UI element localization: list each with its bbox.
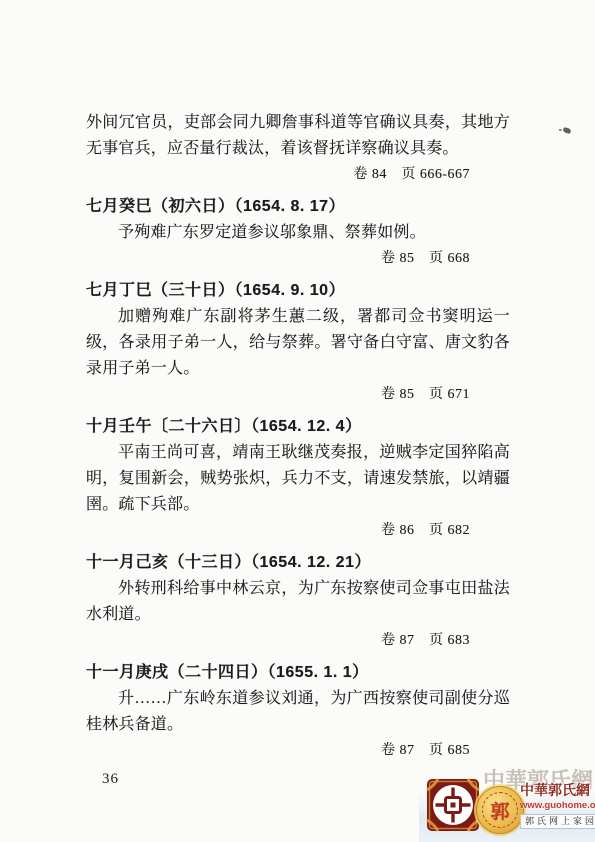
entry-date-heading: 十一月己亥（十三日）（1654. 12. 21） (86, 550, 510, 576)
volume-page-ref: 卷 87 页 685 (86, 738, 510, 764)
site-tagline: 郭氏网上家园 (520, 814, 595, 829)
entry-body: 升……广东岭东道参议刘通，为广西按察使司副使分巡桂林兵备道。 (86, 686, 510, 738)
entry-date-heading: 七月癸巳（初六日）（1654. 8. 17） (86, 194, 510, 220)
entry: 十一月庚戌（二十四日）（1655. 1. 1） 升……广东岭东道参议刘通，为广西… (86, 660, 510, 764)
seal-character: 郭 (490, 797, 509, 824)
scanned-book-page: 外间冗官员，吏部会同九卿詹事科道等官确议具奏，其地方无事官兵，应否量行裁汰，着该… (0, 0, 595, 842)
gold-coin-inner-ring: 郭 (482, 792, 518, 828)
volume-page-ref: 卷 85 页 668 (86, 246, 510, 272)
entry-date-heading: 十月壬午〔二十六日〕（1654. 12. 4） (86, 414, 510, 440)
site-brand-name: 中華郭氏網 (520, 782, 594, 798)
volume-page-ref: 卷 86 页 682 (86, 518, 510, 544)
entry-date-heading: 十一月庚戌（二十四日）（1655. 1. 1） (86, 660, 510, 686)
volume-page-ref: 卷 84 页 666-667 (86, 162, 510, 188)
gold-coin-seal-icon: 郭 (476, 786, 524, 834)
entry-date-heading: 七月丁巳（三十日）（1654. 9. 10） (86, 278, 510, 304)
page-body: 外间冗官员，吏部会同九卿詹事科道等官确议具奏，其地方无事官兵，应否量行裁汰，着该… (86, 110, 510, 790)
entry: 十一月己亥（十三日）（1654. 12. 21） 外转刑科给事中林云京，为广东按… (86, 550, 510, 654)
entry-body: 加赠殉难广东副将茅生蕙二级，署都司佥书窦明运一级，各录用子弟一人，给与祭葬。署守… (86, 304, 510, 382)
site-url: www.guohome.org (520, 800, 594, 811)
entry: 七月丁巳（三十日）（1654. 9. 10） 加赠殉难广东副将茅生蕙二级，署都司… (86, 278, 510, 408)
entry-body: 外转刑科给事中林云京，为广东按察使司佥事屯田盐法水利道。 (86, 576, 510, 628)
guohome-watermark: 中華郭氏網 郭 中華郭氏網 www.guohome.org 郭氏网上家园 (419, 770, 595, 842)
entry-body: 外间冗官员，吏部会同九卿詹事科道等官确议具奏，其地方无事官兵，应否量行裁汰，着该… (86, 110, 510, 162)
clan-knot-seal-icon (426, 778, 480, 832)
volume-page-ref: 卷 85 页 671 (86, 382, 510, 408)
entry: 十月壬午〔二十六日〕（1654. 12. 4） 平南王尚可喜，靖南王耿继茂奏报，… (86, 414, 510, 544)
watermark-text-column: 中華郭氏網 www.guohome.org 郭氏网上家园 (520, 782, 594, 829)
ink-speck (562, 127, 571, 134)
entry: 外间冗官员，吏部会同九卿詹事科道等官确议具奏，其地方无事官兵，应否量行裁汰，着该… (86, 110, 510, 188)
entry-body: 予殉难广东罗定道参议邬象鼎、祭葬如例。 (86, 220, 510, 246)
entry-body: 平南王尚可喜，靖南王耿继茂奏报，逆贼李定国猝陷高明，复围新会，贼势张炽，兵力不支… (86, 440, 510, 518)
entry: 七月癸巳（初六日）（1654. 8. 17） 予殉难广东罗定道参议邬象鼎、祭葬如… (86, 194, 510, 272)
volume-page-ref: 卷 87 页 683 (86, 628, 510, 654)
